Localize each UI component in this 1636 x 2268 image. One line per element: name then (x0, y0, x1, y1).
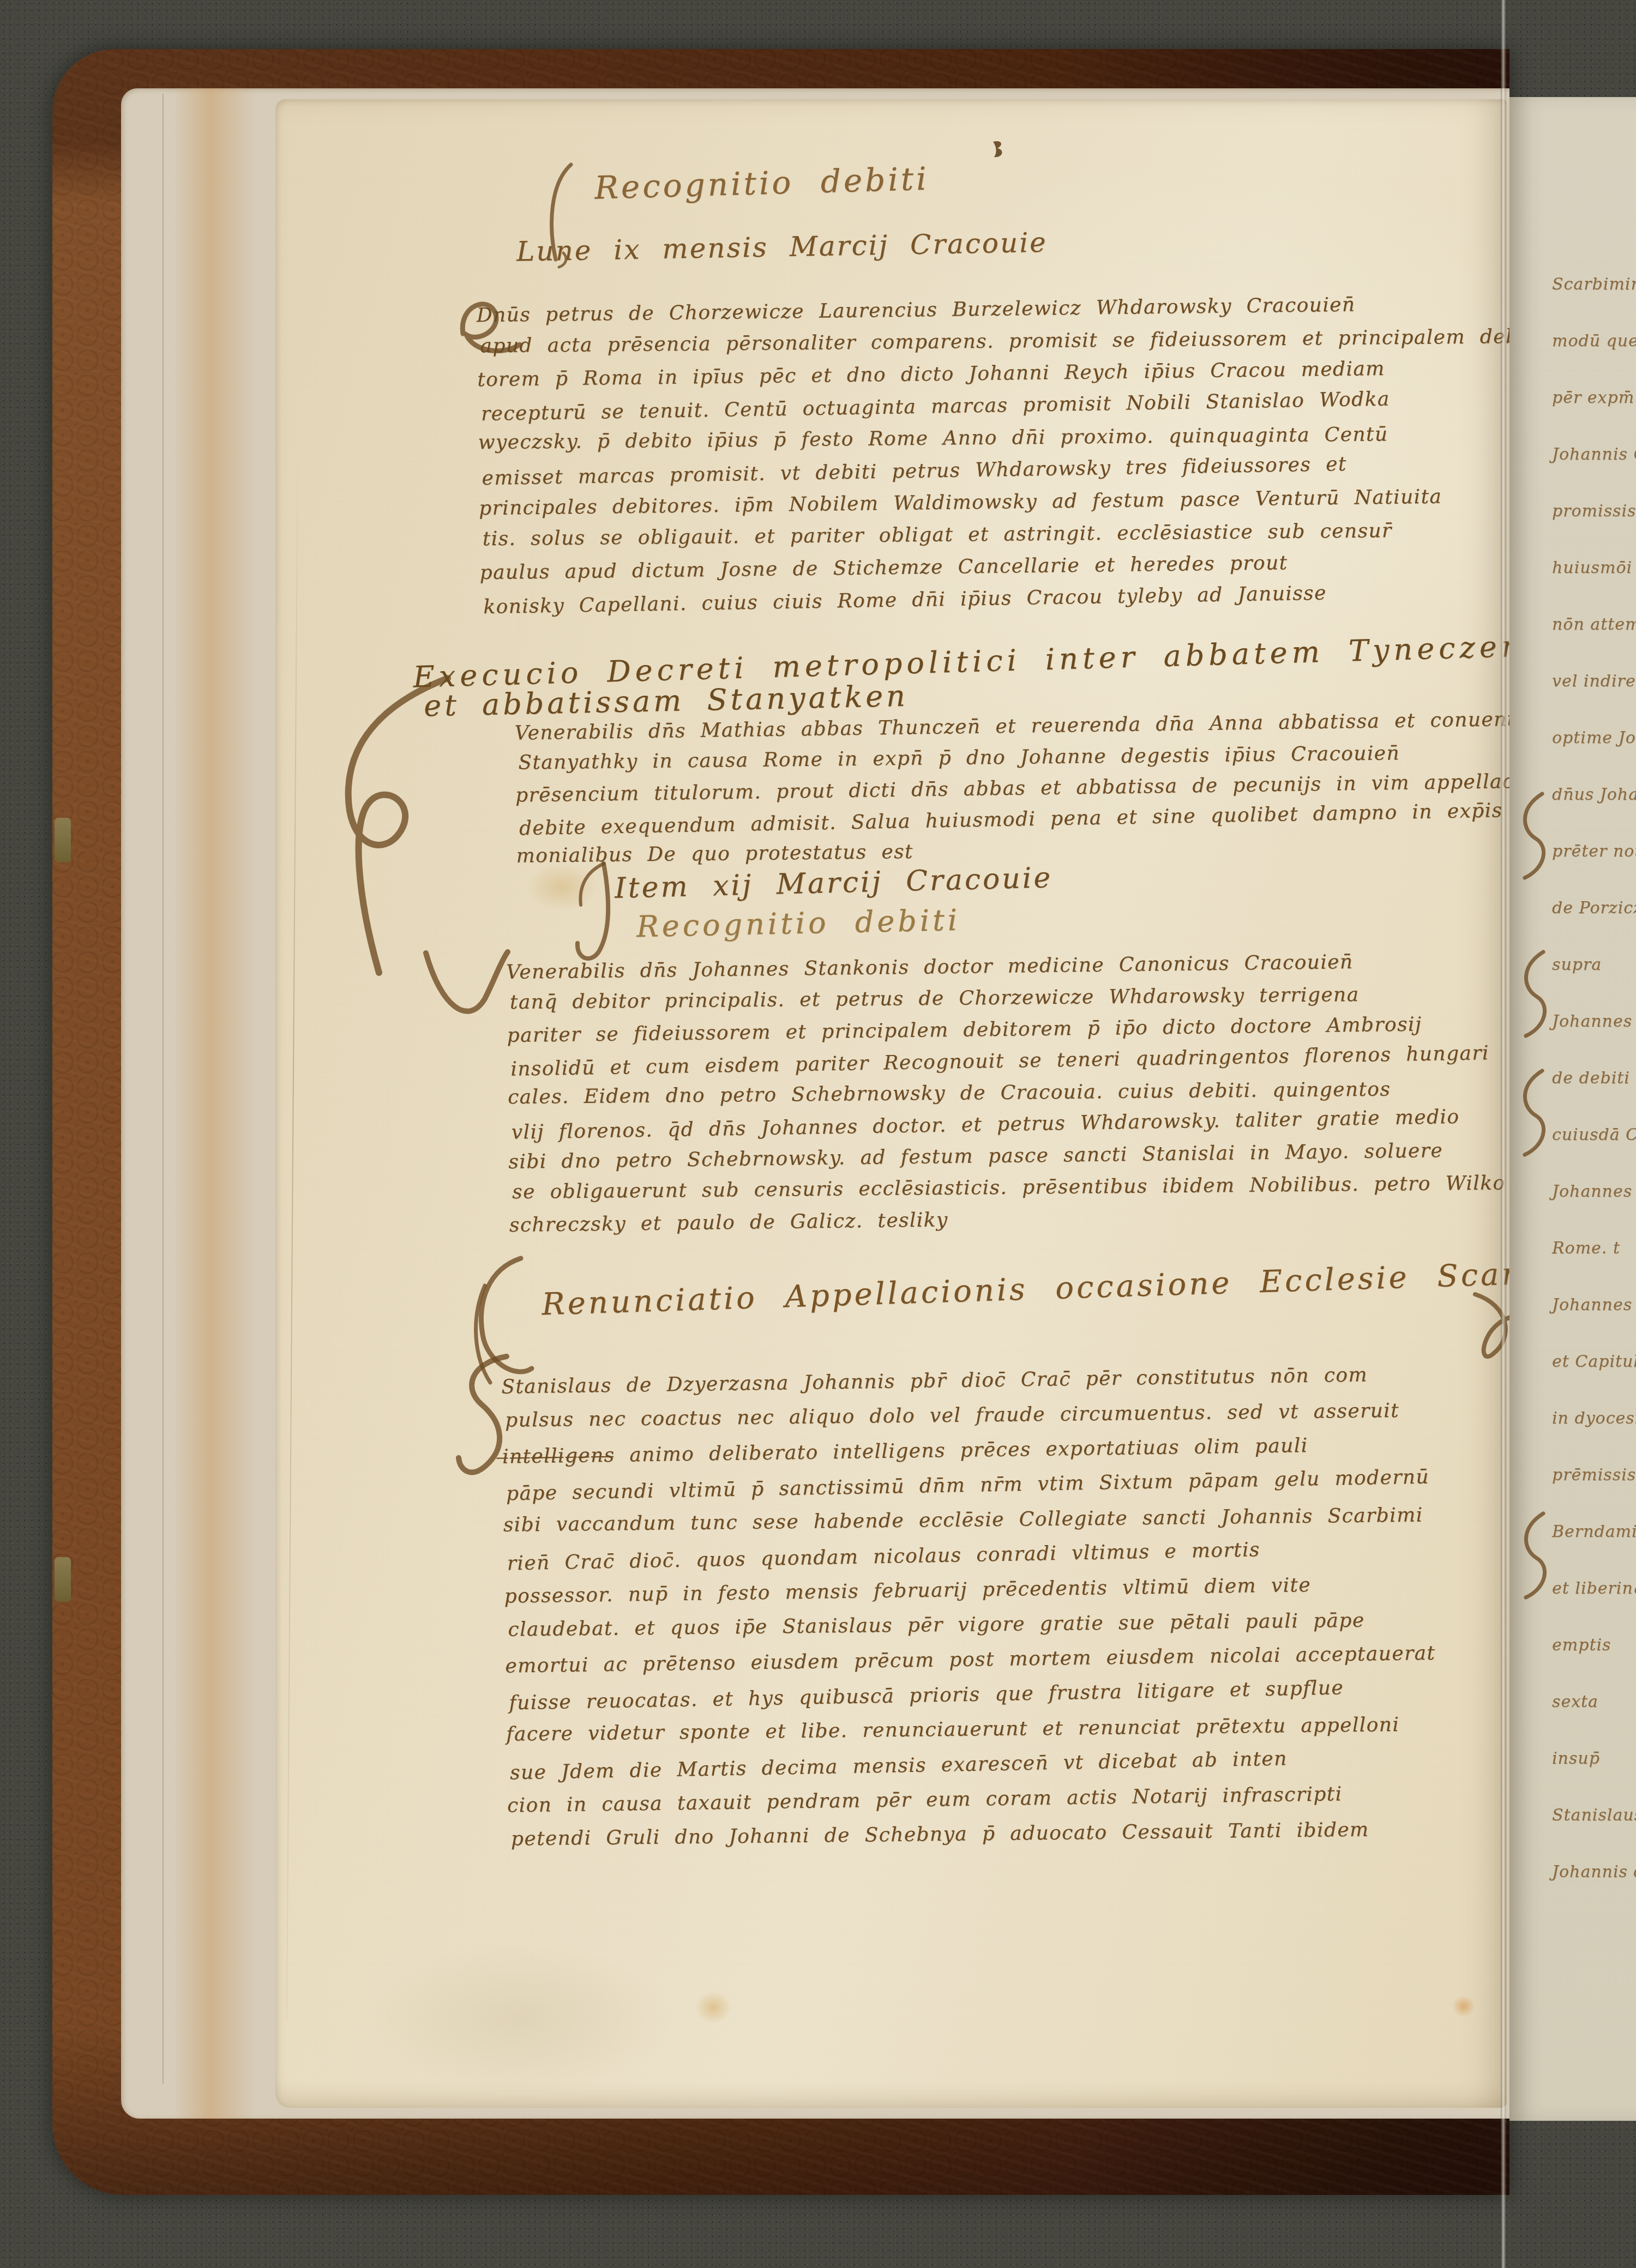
facing-page: Scarbimirien̄modū quempēr expm̄Johannis … (1509, 97, 1636, 2121)
photo-background: Recognitio debiti Lune ix mensis Marcij … (0, 0, 1636, 2268)
gutter-flourish (1512, 949, 1553, 1041)
entry-heading: Recognitio debiti (594, 160, 929, 206)
line-stub: emptis (1552, 1617, 1636, 1674)
manuscript-page: Recognitio debiti Lune ix mensis Marcij … (275, 99, 1507, 2108)
line-stub: Johannis de (1552, 1844, 1636, 1901)
water-stain (368, 1942, 673, 2095)
paragraph-initial-flourish (418, 943, 516, 1036)
line-stub: Johannes (1552, 1163, 1636, 1220)
line-stub: vel indirecte (1552, 653, 1636, 710)
line-stub: promissis et (1552, 483, 1636, 540)
gutter-flourish (1511, 1067, 1552, 1160)
entry-heading: Recognitio debiti (636, 903, 960, 944)
gutter-flourish (1511, 791, 1552, 883)
gutter-flourish (1512, 1510, 1553, 1603)
page-layer-edge (163, 94, 164, 2084)
line-stub: prēter not (1552, 823, 1636, 880)
line-stub: supra (1552, 937, 1636, 993)
line-stub: cuiusdā Cra (1552, 1107, 1636, 1163)
line-stub: Johannis Cmi (1552, 426, 1636, 483)
entry-body: Venerabilis dn̄s Mathias abbas Thunczen̄… (514, 704, 1493, 873)
line-stub: Berndamin (1552, 1504, 1636, 1560)
facing-page-line-stubs: Scarbimirien̄modū quempēr expm̄Johannis … (1552, 256, 1636, 1901)
line-stub: modū quem (1552, 313, 1636, 370)
line-stub: prēmissis p (1552, 1447, 1636, 1504)
entry-body: Venerabilis dn̄s Johannes Stankonis doct… (506, 945, 1491, 1241)
folio-ink-mark (990, 138, 1006, 160)
line-stub: Johannes C (1552, 993, 1636, 1050)
line-stub: huiusmōi ad (1552, 540, 1636, 596)
line-stub: Rome. t (1552, 1220, 1636, 1277)
line-stub: et liberinq (1552, 1560, 1636, 1617)
line-stub: in dyocesi (1552, 1390, 1636, 1447)
clasp-remnant (55, 1557, 71, 1602)
line-stub: nōn attempt (1552, 596, 1636, 653)
entry-body: Dnūs petrus de Chorzewicze Laurencius Bu… (476, 287, 1478, 621)
line-stub: de debiti et (1552, 1050, 1636, 1107)
glass-plate-edge (1501, 0, 1506, 2268)
line-stub: sexta (1552, 1674, 1636, 1730)
entry-heading-line1: Execucio Decreti metropolitici inter abb… (413, 629, 1525, 695)
paper-stain-streak (173, 88, 255, 2119)
line-stub: Stanislaus (1552, 1787, 1636, 1844)
entry-body: Stanislaus de Dzyerzasna Johannis pbr̄ d… (501, 1356, 1495, 1858)
fox-stain (695, 1991, 731, 2024)
heading-initial-flourish (465, 1253, 547, 1389)
line-stub: de Porzicz (1552, 880, 1636, 937)
line-stub: optime Joha (1552, 710, 1636, 767)
line-stub: insup̄ (1552, 1730, 1636, 1787)
line-stub: pēr expm̄ (1552, 370, 1636, 426)
line-stub: Johannes (1552, 1277, 1636, 1334)
line-stub: Scarbimirien̄ (1552, 256, 1636, 313)
fox-stain (1452, 1995, 1475, 2017)
entry-heading: Renunciatio Appellacionis occasione Eccl… (541, 1251, 1636, 1322)
line-stub: et Capitulū (1552, 1334, 1636, 1390)
line-stub: dn̄us Johan (1552, 767, 1636, 823)
clasp-remnant (55, 818, 71, 862)
entry-dateline: Lune ix mensis Marcij Cracouie (516, 227, 1048, 268)
